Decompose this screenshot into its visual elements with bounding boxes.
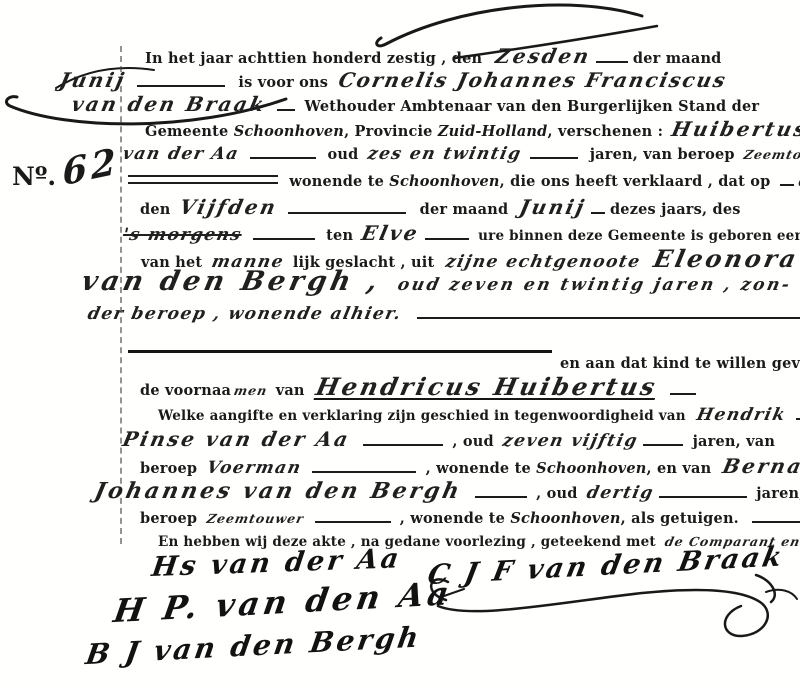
hw-mother-surname: van den Bergh ,: [80, 272, 383, 292]
blank-line: [363, 431, 443, 446]
hw-witness1-firstname: Hendrik: [695, 405, 788, 425]
hw-birth-hour: Elve: [360, 223, 421, 243]
birth-certificate-page: Nº.62 In het jaar achttien honderd zesti…: [0, 0, 800, 688]
hw-witness2-names: Johannes van den Bergh: [93, 481, 464, 501]
blank-line: [288, 199, 406, 214]
hw-mother-relation: zijne echtgenoote: [444, 252, 643, 272]
separator-rule: [128, 350, 552, 353]
blank-line: [596, 48, 628, 63]
printed-text: dezes jaars, des: [610, 201, 741, 218]
line-child-names: de voornaamen van Hendricus Huibertus: [140, 377, 696, 401]
blank-line: [425, 225, 469, 240]
witness1-signature-flourish: [444, 589, 797, 599]
hw-day-registered: Zesden: [493, 46, 592, 66]
line-birth-time: 's morgens ten Elve ure binnen deze Geme…: [123, 223, 800, 246]
printed-text: , die ons heeft verklaard , dat op: [500, 173, 771, 190]
hw-mother-age: oud zeven en twintig jaren , zon-: [396, 275, 794, 295]
printed-text: ten: [326, 227, 353, 244]
printed-text: Gemeente: [145, 123, 234, 140]
hw-birth-day: Vijfden: [178, 197, 280, 217]
hw-month-registered: Junij: [58, 70, 128, 90]
blank-line: [475, 483, 527, 498]
line-birth-date: den Vijfden der maand Junij dezes jaars,…: [140, 197, 741, 220]
blank-line: [752, 508, 800, 523]
blank-line: [670, 380, 696, 395]
printed-province: Zuid-Holland: [438, 123, 548, 140]
blank-line: [253, 225, 315, 240]
hw-birth-month: Junij: [517, 197, 587, 217]
printed-text: beroep: [140, 510, 197, 527]
blank-line: [530, 144, 578, 159]
hw-names-suffix: men: [232, 381, 270, 401]
blank-line: [780, 171, 794, 186]
printed-text: In het jaar achttien honderd zestig , de…: [145, 50, 482, 67]
hw-declarant-occupation: Zeemtouwer: [742, 145, 800, 165]
hw-witness1-surname: Pinse van der Aa: [121, 429, 352, 449]
blank-line: [312, 458, 416, 473]
line-residence-declaration: wonende te Schoonhoven, die ons heeft ve…: [128, 171, 800, 192]
top-swash-flourish: [377, 5, 642, 46]
printed-text: jaren, van: [756, 485, 800, 502]
line-municipality: Gemeente Schoonhoven, Provincie Zuid-Hol…: [145, 119, 800, 142]
printed-text: ure binnen deze Gemeente is geboren een …: [478, 228, 800, 244]
blank-line: [250, 144, 316, 159]
line-witness2-occupation: beroep Zeemtouwer , wonende te Schoonhov…: [140, 508, 800, 529]
hw-witness1-occupation: Voerman: [204, 458, 303, 478]
printed-residence: Schoonhoven: [536, 460, 646, 477]
printed-text: , en van: [647, 460, 712, 477]
printed-text: jaren, van: [693, 433, 776, 450]
line-mother-surname-age: van den Bergh , oud zeven en twintig jar…: [82, 272, 792, 296]
hw-mother-firstname: Eleonora: [651, 249, 800, 269]
hw-witness2-age: dertig: [585, 483, 656, 503]
printed-text: oud: [327, 146, 358, 163]
hw-official-firstnames: Cornelis Johannes Franciscus: [337, 70, 729, 90]
blank-line: [643, 431, 683, 446]
printed-text: En hebben wij deze akte , na gedane voor…: [158, 534, 656, 550]
line-witness1-age: Pinse van der Aa , oud zeven vijftig jar…: [123, 429, 775, 452]
hw-official-surname: van den Braak: [70, 94, 268, 114]
printed-residence: Schoonhoven: [510, 510, 620, 527]
blank-line: [315, 508, 391, 523]
hw-witness2-firstname: Bernardus: [720, 456, 800, 476]
printed-text: Welke aangifte en verklaring zijn geschi…: [158, 408, 686, 424]
hw-mother-occupation: der beroep , wonende alhier.: [86, 304, 404, 324]
printed-text: en aan dat kind te willen geven: [560, 355, 800, 372]
line-mother-occupation: der beroep , wonende alhier.: [88, 304, 800, 325]
blank-line: [137, 72, 225, 87]
hw-time-of-day: 's morgens: [121, 225, 244, 245]
act-number-value: 62: [62, 140, 120, 195]
printed-text: jaren, van beroep: [590, 146, 735, 163]
printed-text: , oud: [452, 433, 493, 450]
hw-witness1-age: zeven vijftig: [501, 431, 640, 451]
blank-line-double: [128, 175, 278, 184]
printed-text: van: [276, 382, 305, 399]
blank-line: [417, 304, 800, 319]
line-official-surname: van den Braak Wethouder Ambtenaar van de…: [72, 94, 759, 117]
blank-line: [796, 405, 800, 420]
line-month-official: Junij is voor ons Cornelis Johannes Fran…: [60, 70, 727, 93]
printed-text: der maand: [420, 201, 509, 218]
act-number-label: Nº.: [12, 162, 56, 191]
line-opening: In het jaar achttien honderd zestig , de…: [145, 46, 722, 69]
line-give-names: en aan dat kind te willen geven: [560, 354, 800, 374]
blank-line: [277, 96, 295, 111]
printed-text: beroep: [140, 460, 197, 477]
printed-text: , Provincie: [344, 123, 438, 140]
printed-text: , wonende te: [426, 460, 537, 477]
printed-text: der maand: [633, 50, 722, 67]
line-witness1-occupation: beroep Voerman , wonende te Schoonhoven,…: [140, 456, 800, 479]
printed-text: is voor ons: [238, 74, 328, 91]
printed-text: , verschenen :: [548, 123, 664, 140]
printed-text: de voornaa: [140, 382, 231, 399]
hw-child-names: Hendricus Huibertus: [313, 377, 659, 400]
blank-line: [591, 199, 605, 214]
line-declarant-age-occupation: van der Aa oud zes en twintig jaren, van…: [123, 144, 800, 165]
act-number: Nº.62: [12, 146, 120, 191]
printed-text: den: [140, 201, 171, 218]
line-witnesses-intro: Welke aangifte en verklaring zijn geschi…: [158, 405, 800, 426]
printed-text: wonende te: [289, 173, 389, 190]
hw-declarant-firstname: Huibertus-: [670, 119, 800, 139]
printed-text: Wethouder Ambtenaar van den Burgerlijken…: [305, 98, 760, 115]
printed-text: , wonende te: [400, 510, 511, 527]
printed-residence: Schoonhoven: [389, 173, 499, 190]
hw-witness2-occupation: Zeemtouwer: [204, 509, 305, 529]
hw-declarant-surname: van der Aa: [121, 144, 241, 164]
printed-text: , als getuigen.: [621, 510, 739, 527]
line-witness2-age: Johannes van den Bergh , oud dertig jare…: [95, 481, 800, 504]
printed-municipality: Schoonhoven: [234, 123, 344, 140]
hw-declarant-age: zes en twintig: [366, 144, 524, 164]
printed-text: , oud: [536, 485, 577, 502]
blank-line: [659, 483, 747, 498]
